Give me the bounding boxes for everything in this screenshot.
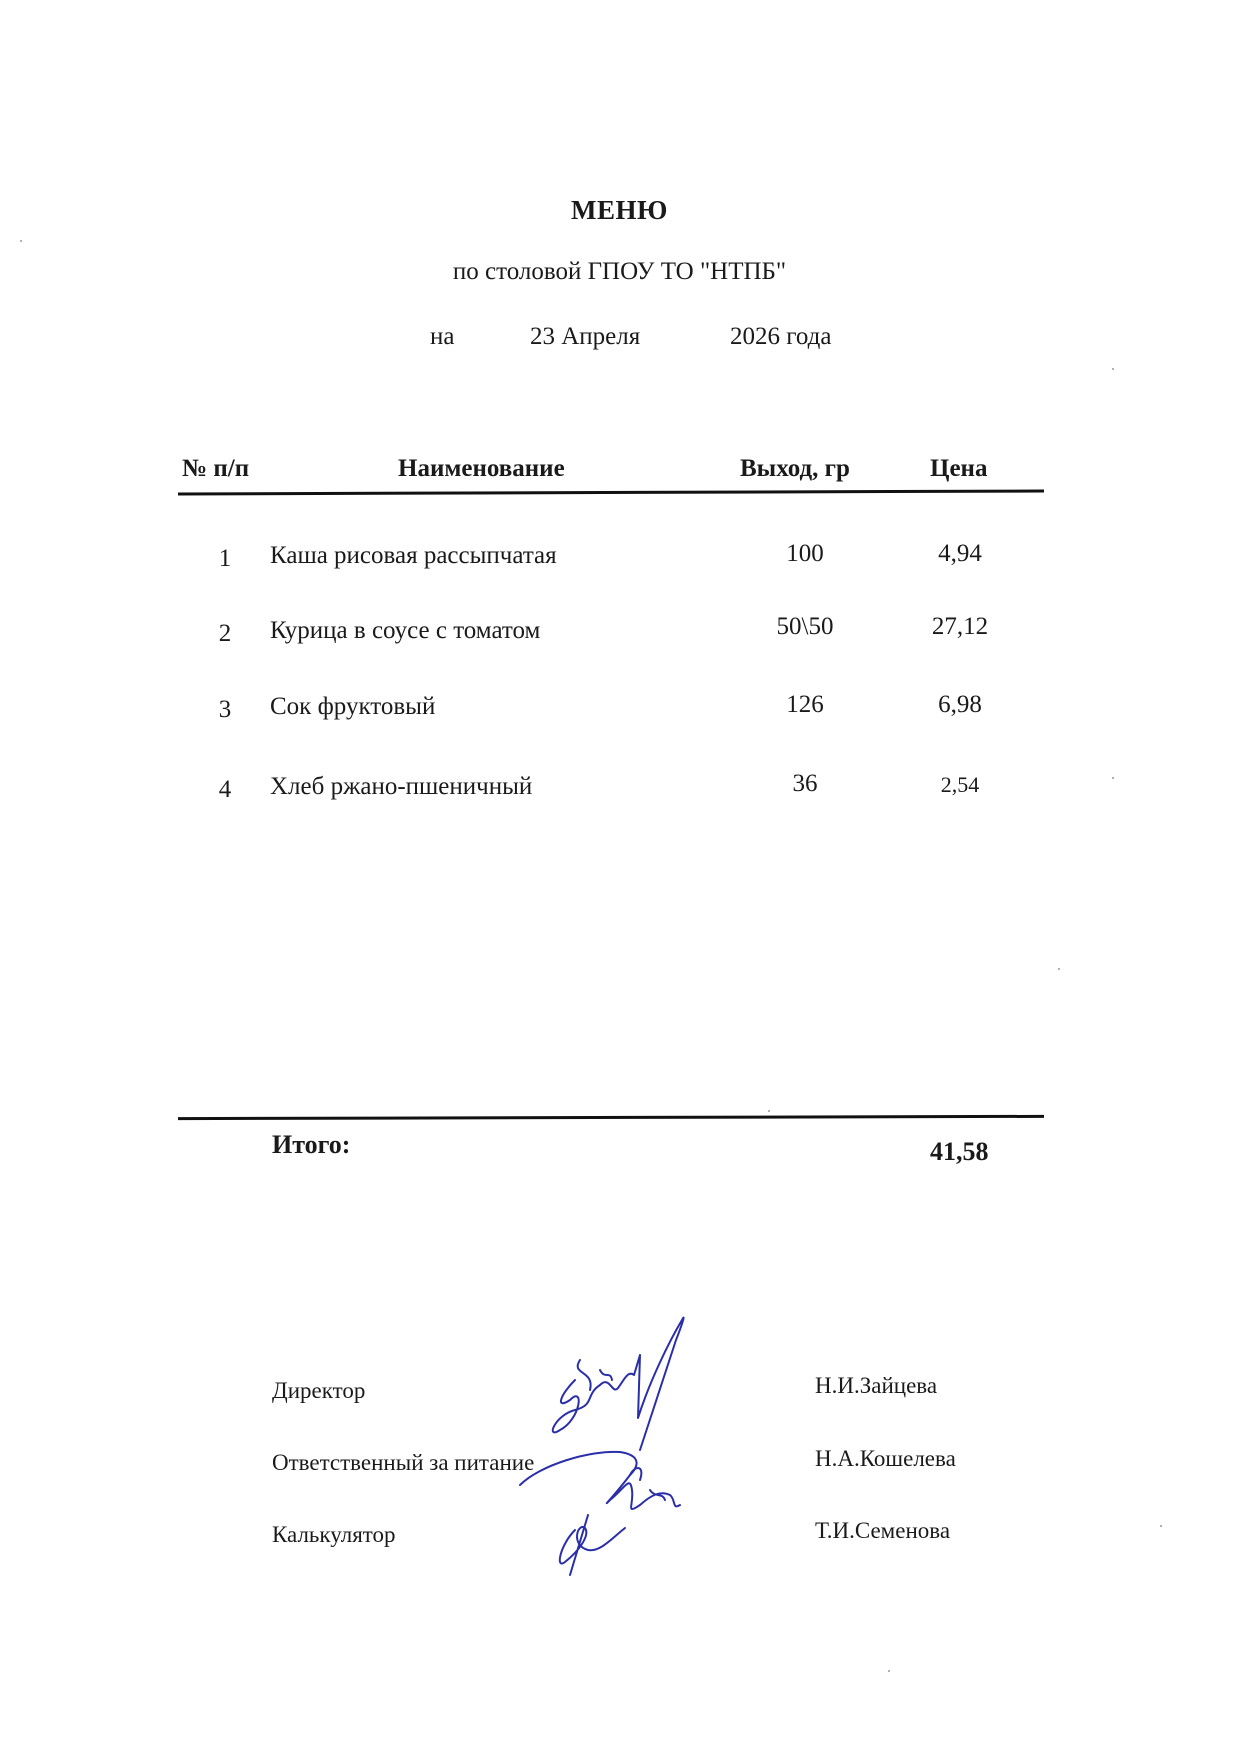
row-yield: 100 (750, 540, 860, 568)
signature-role-director: Директор (272, 1378, 365, 1404)
scan-speck (1112, 368, 1114, 370)
scan-speck (1112, 777, 1114, 779)
row-name: Хлеб ржано-пшеничный (270, 773, 532, 801)
header-number: № п/п (182, 455, 249, 483)
row-name: Курица в соусе с томатом (270, 617, 540, 645)
document-title: МЕНЮ (0, 195, 1239, 226)
signature-role-calculator: Калькулятор (272, 1522, 396, 1548)
header-divider (178, 489, 1044, 495)
row-number: 4 (212, 776, 238, 804)
row-price: 27,12 (905, 613, 1015, 641)
signature-name-director: Н.И.Зайцева (815, 1373, 937, 1399)
scan-speck (1058, 968, 1060, 970)
date-day-month: 23 Апреля (530, 323, 640, 351)
row-yield: 126 (750, 691, 860, 719)
row-number: 2 (212, 620, 238, 648)
scan-speck (1160, 1525, 1162, 1527)
header-price: Цена (930, 455, 987, 483)
date-year: 2026 года (730, 323, 831, 351)
header-name: Наименование (398, 455, 565, 483)
row-number: 3 (212, 696, 238, 724)
row-yield: 36 (750, 770, 860, 798)
signature-name-nutrition: Н.А.Кошелева (815, 1446, 956, 1472)
scan-speck (20, 240, 22, 242)
scan-speck (888, 1670, 890, 1672)
signature-name-calculator: Т.И.Семенова (815, 1518, 950, 1544)
total-divider (178, 1115, 1044, 1120)
signature-role-nutrition: Ответственный за питание (272, 1450, 534, 1476)
header-yield: Выход, гр (740, 455, 850, 483)
document-subtitle: по столовой ГПОУ ТО "НТПБ" (0, 258, 1239, 286)
row-name: Каша рисовая рассыпчатая (270, 542, 557, 570)
row-price: 6,98 (905, 691, 1015, 719)
total-label: Итого: (272, 1130, 350, 1160)
date-prefix: на (430, 323, 454, 351)
total-value: 41,58 (930, 1137, 989, 1167)
row-number: 1 (212, 545, 238, 573)
handwritten-signatures (500, 1300, 760, 1580)
row-name: Сок фруктовый (270, 693, 435, 721)
row-price: 2,54 (905, 772, 1015, 798)
row-price: 4,94 (905, 540, 1015, 568)
scan-speck (768, 1110, 770, 1112)
row-yield: 50\50 (750, 613, 860, 641)
